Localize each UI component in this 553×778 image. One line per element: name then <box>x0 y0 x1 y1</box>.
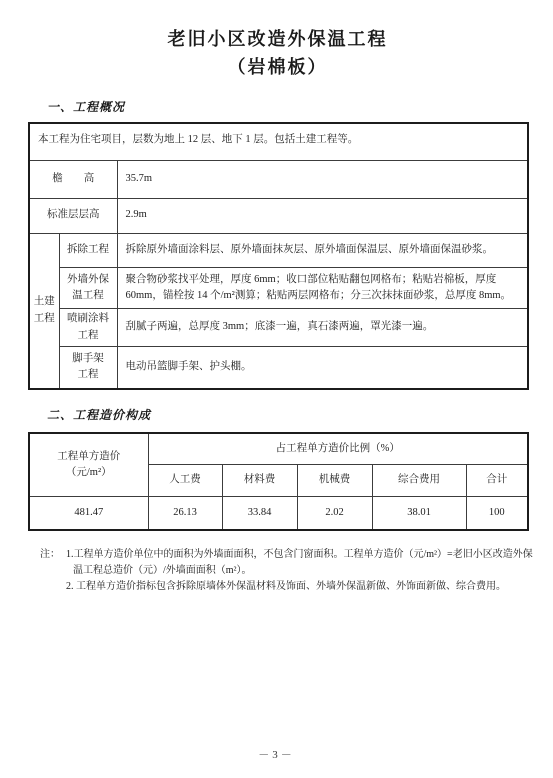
storey-height-value: 2.9m <box>117 198 528 233</box>
overhead-cost-header: 综合费用 <box>372 465 466 497</box>
table-row: 本工程为住宅项目，层数为地上 12 层、地下 1 层。包括土建工程等。 <box>29 123 528 160</box>
note-item-2: 2. 工程单方造价指标包含拆除原墙体外保温材料及饰面、外墙外保温新做、外饰面新做… <box>60 579 533 595</box>
page-number: －3－ <box>0 746 553 762</box>
eave-height-value: 35.7m <box>117 160 528 198</box>
notes-prefix: 注： <box>40 547 60 595</box>
material-cost-value: 33.84 <box>222 497 297 530</box>
unit-cost-header: 工程单方造价 （元/m²） <box>29 433 148 497</box>
section1-heading: 一、工程概况 <box>47 98 527 115</box>
cost-composition-table: 工程单方造价 （元/m²） 占工程单方造价比例（%） 人工费 材料费 机械费 综… <box>28 432 529 531</box>
table-row: 檐 高 35.7m <box>29 160 528 198</box>
project-intro-cell: 本工程为住宅项目，层数为地上 12 层、地下 1 层。包括土建工程等。 <box>29 123 528 160</box>
eave-height-label: 檐 高 <box>29 160 117 198</box>
table-row: 工程单方造价 （元/m²） 占工程单方造价比例（%） <box>29 433 528 465</box>
machinery-cost-header: 机械费 <box>297 465 372 497</box>
material-cost-header: 材料费 <box>222 465 297 497</box>
scaffold-label: 脚手架 工程 <box>59 347 117 389</box>
title-line-1: 老旧小区改造外保温工程 <box>28 30 527 48</box>
insulation-label: 外墙外保 温工程 <box>59 267 117 309</box>
civil-works-group-label: 土建 工程 <box>29 233 59 389</box>
notes-block: 注： 1.工程单方造价单位中的面积为外墙面面积，不包含门窗面积。工程单方造价（元… <box>28 547 533 595</box>
table-row: 脚手架 工程 电动吊篮脚手架、护头棚。 <box>29 347 528 389</box>
table-row: 标准层层高 2.9m <box>29 198 528 233</box>
section2-heading: 二、工程造价构成 <box>47 406 527 423</box>
table-row: 喷刷涂料 工程 刮腻子两遍，总厚度 3mm；底漆一遍，真石漆两遍，罩光漆一遍。 <box>29 309 528 347</box>
unit-cost-header-line1: 工程单方造价 <box>32 449 146 465</box>
table-row: 土建 工程 拆除工程 拆除原外墙面涂料层、原外墙面抹灰层、原外墙面保温层、原外墙… <box>29 233 528 267</box>
notes-body: 1.工程单方造价单位中的面积为外墙面面积，不包含门窗面积。工程单方造价（元/m²… <box>60 547 533 595</box>
project-overview-table: 本工程为住宅项目，层数为地上 12 层、地下 1 层。包括土建工程等。 檐 高 … <box>28 122 529 390</box>
unit-cost-header-line2: （元/m²） <box>32 465 146 481</box>
scaffold-value: 电动吊篮脚手架、护头棚。 <box>117 347 528 389</box>
table-row: 外墙外保 温工程 聚合物砂浆找平处理，厚度 6mm；收口部位粘贴翻包网格布；粘贴… <box>29 267 528 309</box>
coating-label: 喷刷涂料 工程 <box>59 309 117 347</box>
page-content: 老旧小区改造外保温工程 （岩棉板） 一、工程概况 本工程为住宅项目，层数为地上 … <box>0 0 553 595</box>
title-line-2: （岩棉板） <box>28 58 527 76</box>
total-value: 100 <box>466 497 528 530</box>
document-page: 老旧小区改造外保温工程 （岩棉板） 一、工程概况 本工程为住宅项目，层数为地上 … <box>0 0 553 778</box>
total-header: 合计 <box>466 465 528 497</box>
labor-cost-value: 26.13 <box>148 497 222 530</box>
demolition-label: 拆除工程 <box>59 233 117 267</box>
coating-value: 刮腻子两遍，总厚度 3mm；底漆一遍，真石漆两遍，罩光漆一遍。 <box>117 309 528 347</box>
demolition-value: 拆除原外墙面涂料层、原外墙面抹灰层、原外墙面保温层、原外墙面保温砂浆。 <box>117 233 528 267</box>
note-item-1: 1.工程单方造价单位中的面积为外墙面面积，不包含门窗面积。工程单方造价（元/m²… <box>60 547 533 579</box>
unit-cost-value: 481.47 <box>29 497 148 530</box>
labor-cost-header: 人工费 <box>148 465 222 497</box>
storey-height-label: 标准层层高 <box>29 198 117 233</box>
document-title: 老旧小区改造外保温工程 （岩棉板） <box>28 30 527 76</box>
table-row: 481.47 26.13 33.84 2.02 38.01 100 <box>29 497 528 530</box>
machinery-cost-value: 2.02 <box>297 497 372 530</box>
ratio-group-header: 占工程单方造价比例（%） <box>148 433 528 465</box>
overhead-cost-value: 38.01 <box>372 497 466 530</box>
insulation-value: 聚合物砂浆找平处理，厚度 6mm；收口部位粘贴翻包网格布；粘贴岩棉板，厚度 60… <box>117 267 528 309</box>
